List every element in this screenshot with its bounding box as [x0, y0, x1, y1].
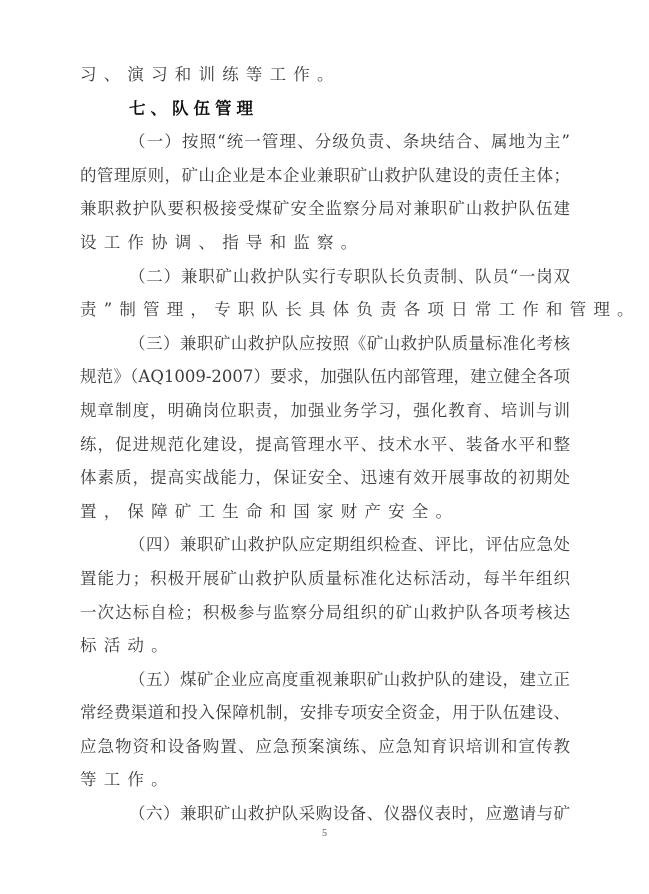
continuation-line: 习、演习和训练等工作。	[80, 58, 570, 92]
paragraph-line: 的管理原则，矿山企业是本企业兼职矿山救护队建设的责任主体；	[80, 159, 570, 193]
paragraph-line: 体素质，提高实战能力，保证安全、迅速有效开展事故的初期处	[80, 461, 570, 495]
paragraph-line: （三）兼职矿山救护队应按照《矿山救护队质量标准化考核	[80, 327, 570, 361]
paragraph-6: （六）兼职矿山救护队采购设备、仪器仪表时，应邀请与矿	[80, 797, 570, 831]
paragraph-line: （四）兼职矿山救护队应定期组织检查、评比，评估应急处	[80, 528, 570, 562]
paragraph-line: 规章制度，明确岗位职责，加强业务学习，强化教育、培训与训	[80, 394, 570, 428]
paragraph-3: （三）兼职矿山救护队应按照《矿山救护队质量标准化考核 规范》（AQ1009-20…	[80, 327, 570, 529]
paragraph-line: 应急物资和设备购置、应急预案演练、应急知育识培训和宣传教	[80, 730, 570, 764]
paragraph-line: 置，保障矿工生命和国家财产安全。	[80, 495, 570, 529]
paragraph-line: （二）兼职矿山救护队实行专职队长负责制、队员“一岗双	[80, 260, 570, 294]
paragraph-5: （五）煤矿企业应高度重视兼职矿山救护队的建设，建立正 常经费渠道和投入保障机制，…	[80, 663, 570, 797]
paragraph-line: 责”制管理，专职队长具体负责各项日常工作和管理。	[80, 293, 570, 327]
paragraph-line: 练，促进规范化建设，提高管理水平、技术水平、装备水平和整	[80, 428, 570, 462]
paragraph-line: （六）兼职矿山救护队采购设备、仪器仪表时，应邀请与矿	[80, 797, 570, 831]
paragraph-line: 等工作。	[80, 763, 570, 797]
paragraph-line: 置能力；积极开展矿山救护队质量标准化达标活动，每半年组织	[80, 562, 570, 596]
paragraph-1: （一）按照“统一管理、分级负责、条块结合、属地为主” 的管理原则，矿山企业是本企…	[80, 125, 570, 259]
paragraph-4: （四）兼职矿山救护队应定期组织检查、评比，评估应急处 置能力；积极开展矿山救护队…	[80, 528, 570, 662]
document-page: 习、演习和训练等工作。 七、队伍管理 （一）按照“统一管理、分级负责、条块结合、…	[80, 58, 570, 831]
paragraph-line: 标活动。	[80, 629, 570, 663]
paragraph-line: 设工作协调、指导和监察。	[80, 226, 570, 260]
paragraph-line: 一次达标自检；积极参与监察分局组织的矿山救护队各项考核达	[80, 596, 570, 630]
paragraph-2: （二）兼职矿山救护队实行专职队长负责制、队员“一岗双 责”制管理，专职队长具体负…	[80, 260, 570, 327]
paragraph-line: （五）煤矿企业应高度重视兼职矿山救护队的建设，建立正	[80, 663, 570, 697]
paragraph-line: 常经费渠道和投入保障机制，安排专项安全资金，用于队伍建设、	[80, 696, 570, 730]
section-heading: 七、队伍管理	[80, 92, 570, 126]
paragraph-line: 规范》（AQ1009-2007）要求，加强队伍内部管理，建立健全各项	[80, 360, 570, 394]
paragraph-line: （一）按照“统一管理、分级负责、条块结合、属地为主”	[80, 125, 570, 159]
page-number: 5	[0, 828, 649, 839]
paragraph-line: 兼职救护队要积极接受煤矿安全监察分局对兼职矿山救护队伍建	[80, 192, 570, 226]
